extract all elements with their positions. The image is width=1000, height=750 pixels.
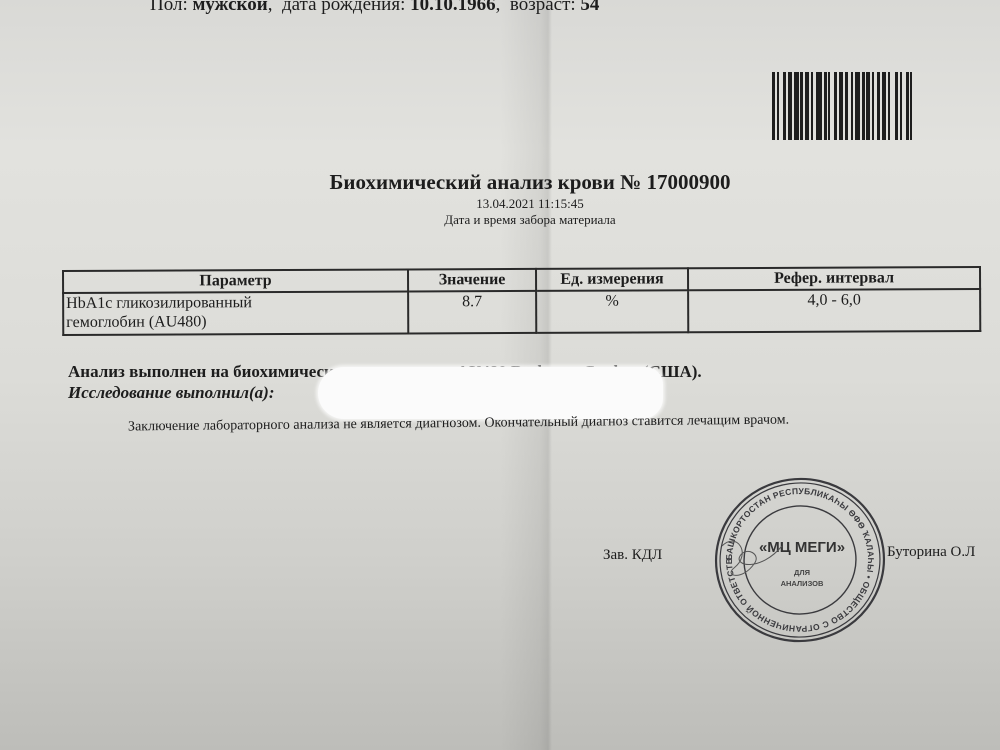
report-title: Биохимический анализ крови № 17000900 — [0, 170, 1000, 195]
seal-stamp-icon: БАШКОРТОСТАН РЕСПУБЛИКАҺЫ ӨФӨ ҠАЛАҺЫ • О… — [712, 476, 888, 644]
cell-parameter: HbA1c гликозилированный гемоглобин (AU48… — [63, 291, 408, 335]
cell-reference: 4,0 - 6,0 — [688, 289, 980, 332]
header-reference: Рефер. интервал — [688, 267, 980, 290]
collection-datetime: 13.04.2021 11:15:45 — [0, 196, 1000, 212]
header-parameter: Параметр — [63, 269, 408, 293]
sex-value: мужской — [192, 0, 267, 15]
barcode-icon — [772, 72, 978, 140]
age-label: возраст: — [510, 0, 576, 15]
disclaimer: Заключение лабораторного анализа не явля… — [128, 413, 789, 436]
parameter-name-line2: гемоглобин (AU480) — [66, 312, 405, 332]
signatory-name: Буторина О.Л — [887, 544, 975, 561]
patient-info: Пол: мужской, дата рождения: 10.10.1966,… — [150, 0, 599, 16]
performer-label: Исследование выполнил(а): — [68, 383, 275, 403]
sex-label: Пол: — [150, 0, 188, 15]
results-table: Параметр Значение Ед. измерения Рефер. и… — [62, 266, 981, 336]
header-unit: Ед. измерения — [536, 268, 688, 291]
table-row: HbA1c гликозилированный гемоглобин (AU48… — [63, 289, 980, 335]
header-value: Значение — [408, 269, 536, 292]
redacted-performer-name — [318, 367, 663, 419]
cell-unit: % — [536, 290, 688, 333]
signatory-position: Зав. КДЛ — [603, 547, 662, 564]
stamp-sub1: ДЛЯ — [794, 568, 810, 577]
stamp-center-text: «МЦ МЕГИ» — [759, 539, 845, 556]
cell-value: 8.7 — [408, 291, 536, 334]
dob-label: дата рождения: — [282, 0, 405, 15]
stamp-sub2: АНАЛИЗОВ — [781, 579, 824, 588]
age-value: 54 — [580, 0, 599, 15]
parameter-name-line1: HbA1c гликозилированный — [66, 293, 405, 313]
collection-datetime-label: Дата и время забора материала — [0, 212, 1000, 228]
dob-value: 10.10.1966 — [410, 0, 496, 15]
